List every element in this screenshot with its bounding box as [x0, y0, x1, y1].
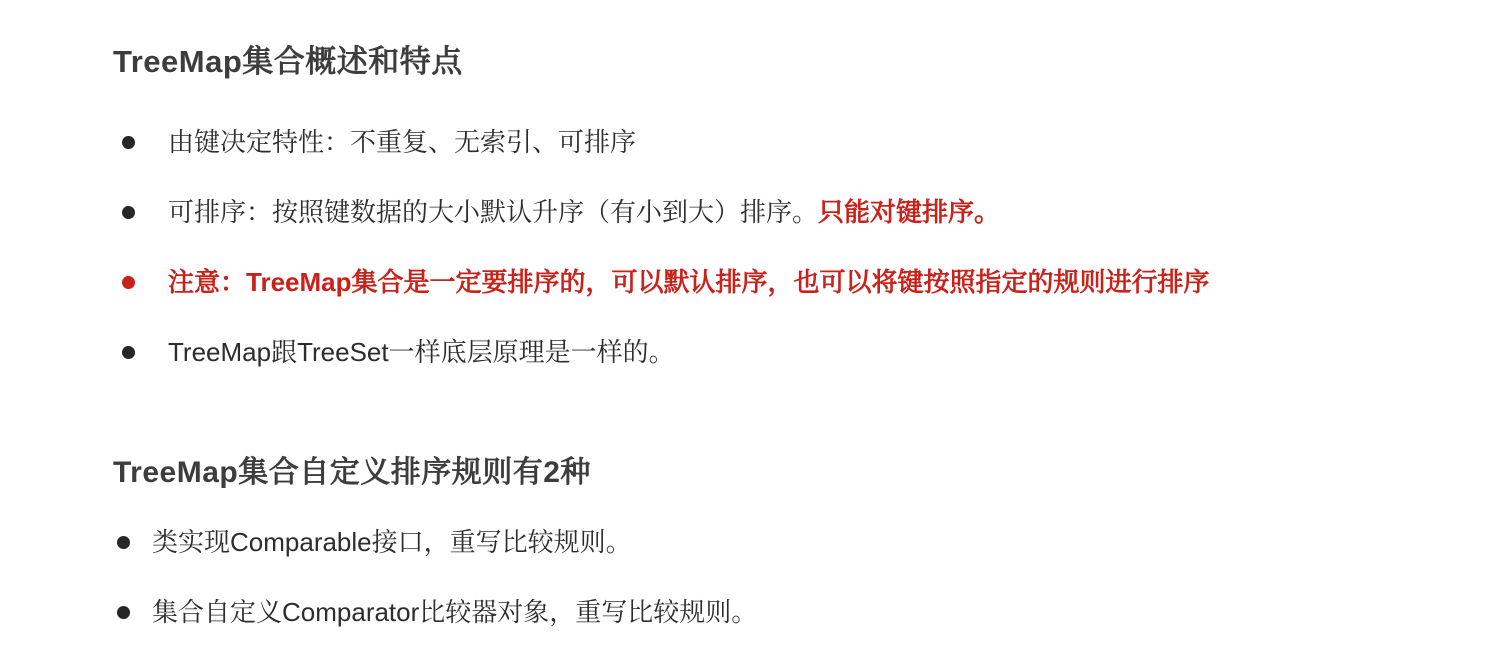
list-item: 注意：TreeMap集合是一定要排序的，可以默认排序，也可以将键按照指定的规则进…	[122, 247, 1488, 317]
section1-heading: TreeMap集合概述和特点	[113, 44, 1488, 80]
list-item-text: 注意：TreeMap集合是一定要排序的，可以默认排序，也可以将键按照指定的规则进…	[168, 266, 1210, 298]
section1-bullet-list: 由键决定特性：不重复、无索引、可排序可排序：按照键数据的大小默认升序（有小到大）…	[122, 107, 1488, 387]
list-item: 类实现Comparable接口，重写比较规则。	[117, 507, 1488, 577]
document-page: TreeMap集合概述和特点 由键决定特性：不重复、无索引、可排序可排序：按照键…	[0, 0, 1488, 651]
section2-bullet-list: 类实现Comparable接口，重写比较规则。集合自定义Comparator比较…	[117, 507, 1488, 647]
list-item-text: TreeMap跟TreeSet一样底层原理是一样的。	[168, 336, 675, 368]
body-text: TreeMap跟TreeSet一样底层原理是一样的。	[168, 337, 675, 367]
section2-heading: TreeMap集合自定义排序规则有2种	[113, 455, 1488, 491]
bullet-icon	[122, 276, 135, 289]
bullet-icon	[122, 346, 135, 359]
list-item: TreeMap跟TreeSet一样底层原理是一样的。	[122, 317, 1488, 387]
body-text: 由键决定特性：不重复、无索引、可排序	[168, 127, 636, 157]
list-item-text: 集合自定义Comparator比较器对象，重写比较规则。	[152, 596, 757, 628]
bullet-icon	[117, 536, 130, 549]
bullet-icon	[117, 606, 130, 619]
bullet-icon	[122, 206, 135, 219]
list-item: 由键决定特性：不重复、无索引、可排序	[122, 107, 1488, 177]
list-item: 可排序：按照键数据的大小默认升序（有小到大）排序。只能对键排序。	[122, 177, 1488, 247]
list-item: 集合自定义Comparator比较器对象，重写比较规则。	[117, 577, 1488, 647]
list-item-text: 类实现Comparable接口，重写比较规则。	[152, 526, 632, 558]
bullet-icon	[122, 136, 135, 149]
emphasis-red-text: 注意：TreeMap集合是一定要排序的，可以默认排序，也可以将键按照指定的规则进…	[168, 267, 1210, 297]
body-text: 类实现Comparable接口，重写比较规则。	[152, 527, 632, 557]
emphasis-red-text: 只能对键排序。	[818, 197, 1000, 227]
list-item-text: 由键决定特性：不重复、无索引、可排序	[168, 126, 636, 158]
body-text: 集合自定义Comparator比较器对象，重写比较规则。	[152, 597, 757, 627]
body-text: 可排序：按照键数据的大小默认升序（有小到大）排序。	[168, 197, 818, 227]
list-item-text: 可排序：按照键数据的大小默认升序（有小到大）排序。只能对键排序。	[168, 196, 1000, 228]
